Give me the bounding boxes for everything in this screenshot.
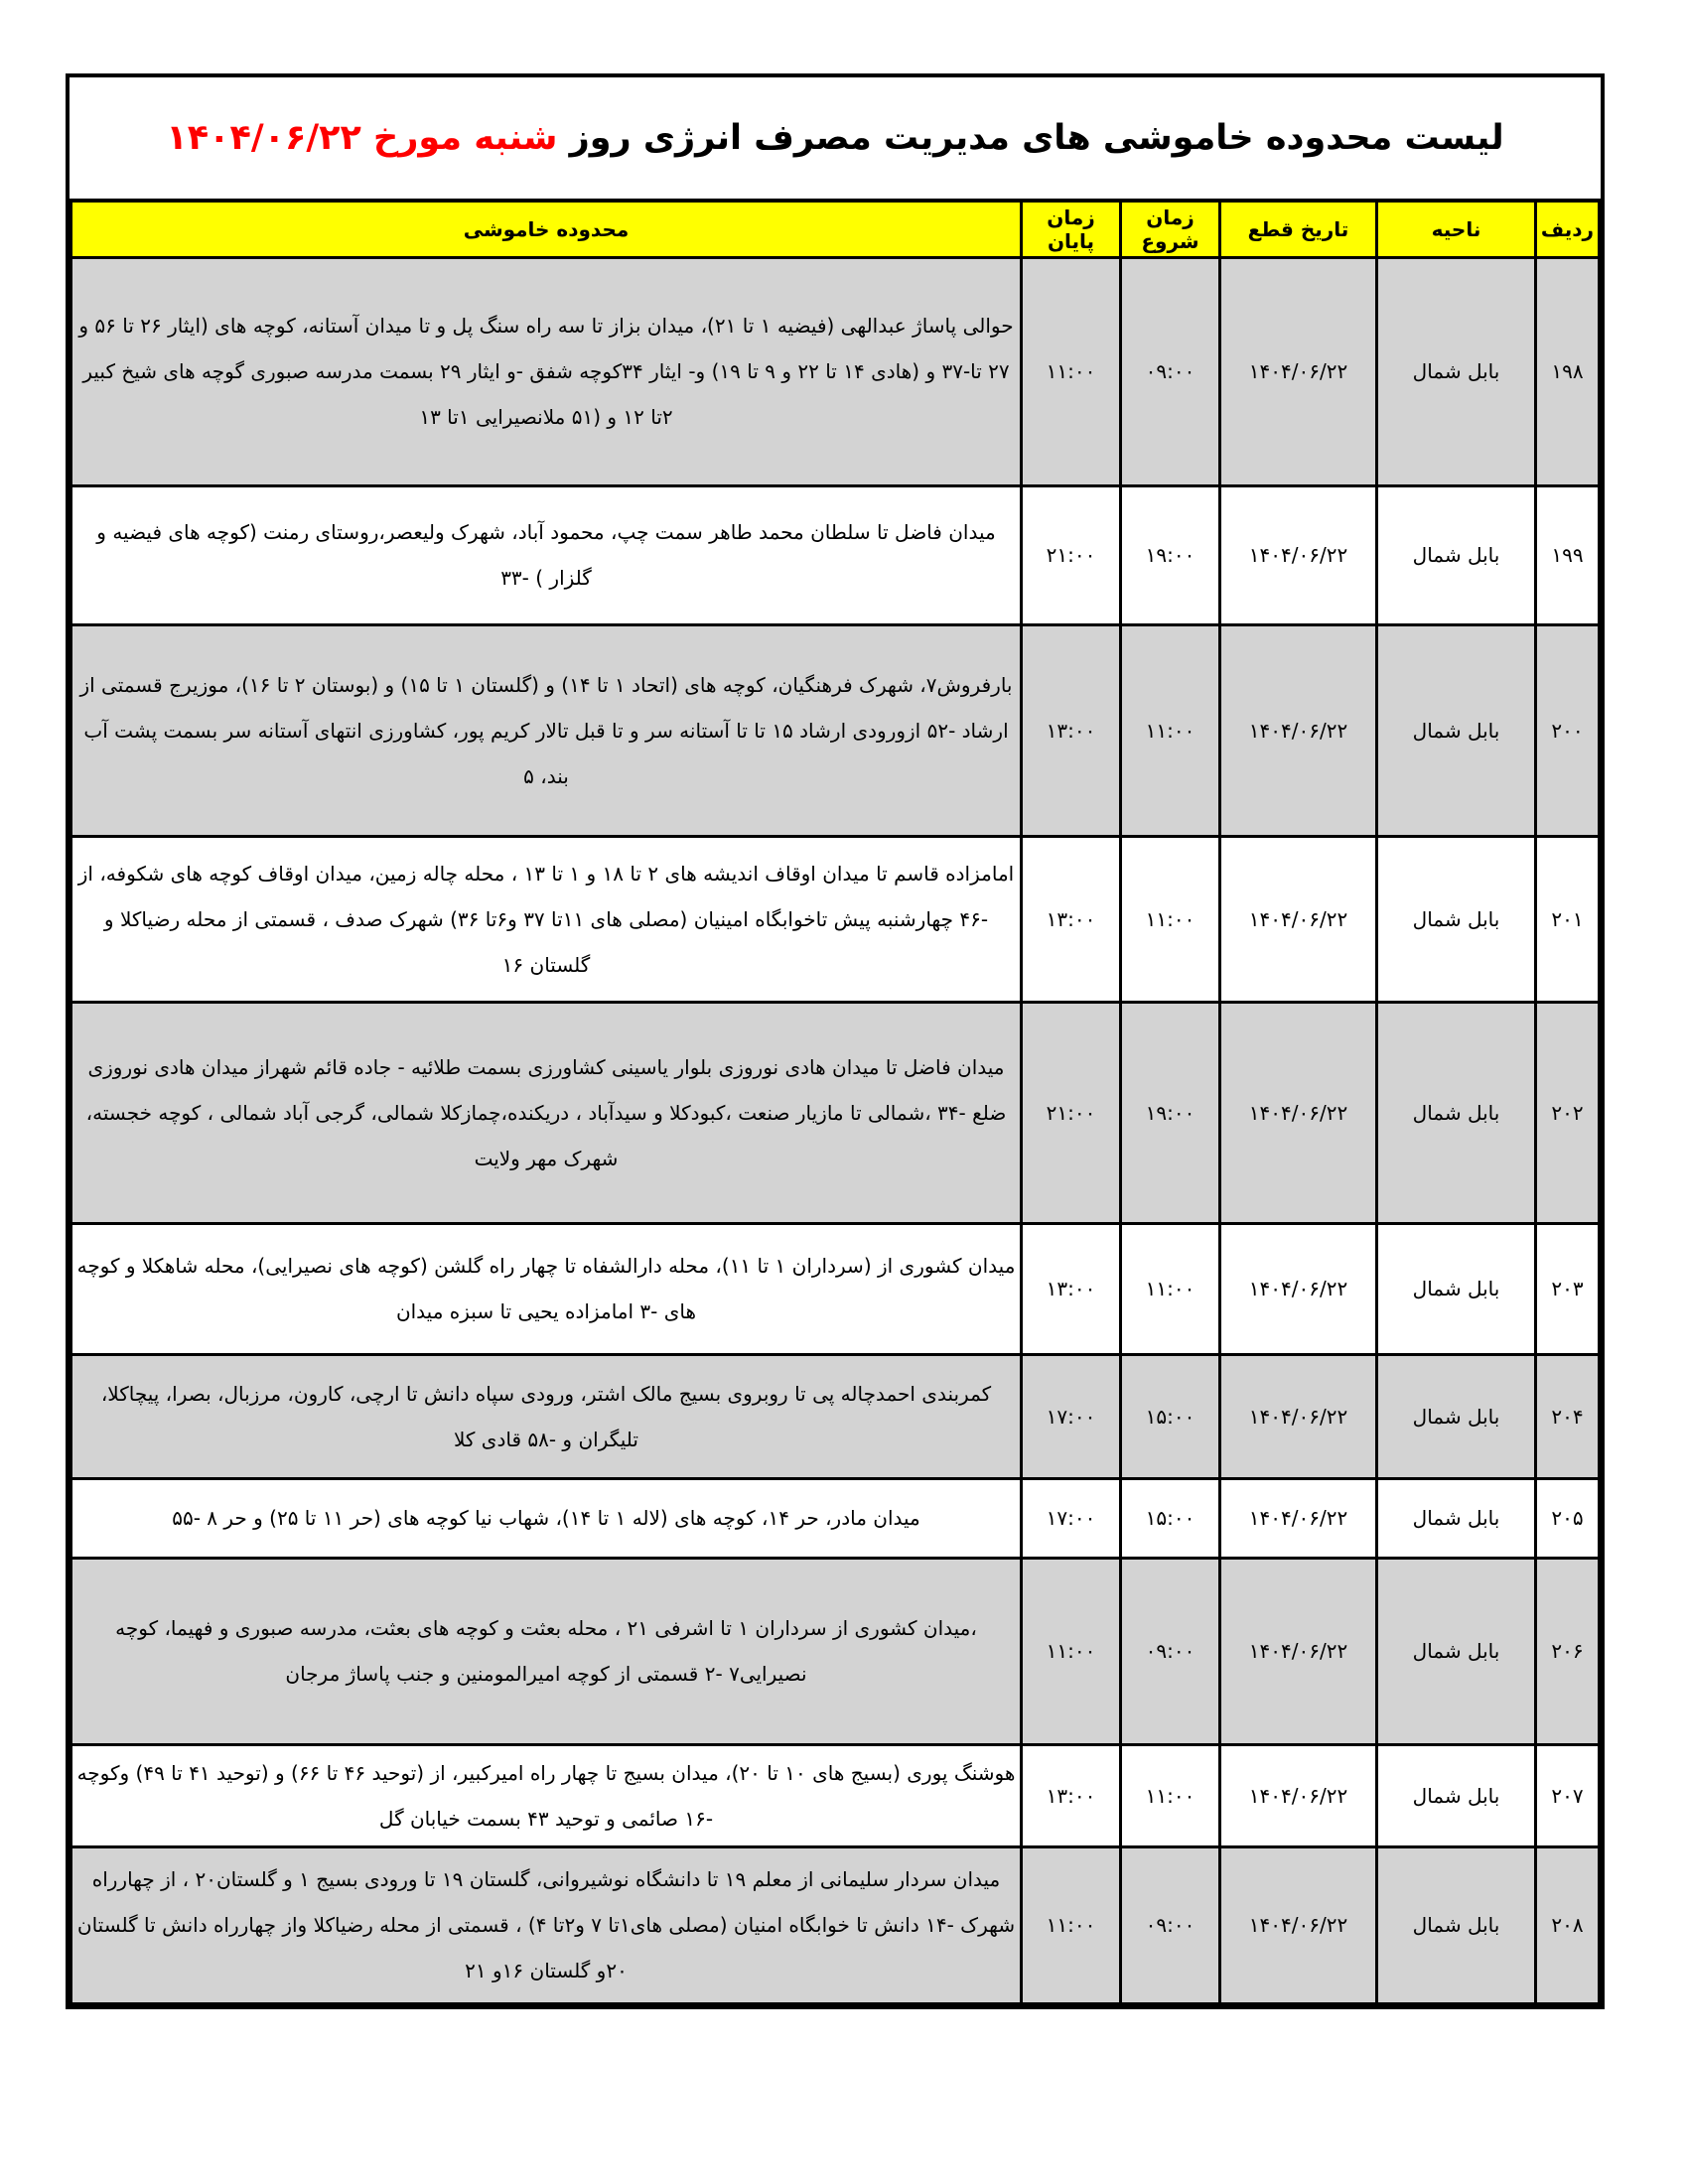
cell-start-time: ۱۱:۰۰ [1121,1223,1220,1354]
cell-radif: ۱۹۸ [1536,257,1600,485]
header-tarikh: تاریخ قطع [1220,201,1377,257]
outage-table-body: ۱۹۸بابل شمال۱۴۰۴/۰۶/۲۲۰۹:۰۰۱۱:۰۰حوالی پا… [71,257,1600,2003]
header-area: محدوده خاموشی [71,201,1022,257]
cell-tarikh: ۱۴۰۴/۰۶/۲۲ [1220,1846,1377,2003]
header-nahiyeh: ناحیه [1377,201,1536,257]
cell-start-time: ۱۱:۰۰ [1121,1744,1220,1846]
cell-radif: ۲۰۳ [1536,1223,1600,1354]
cell-end-time: ۱۳:۰۰ [1022,1744,1121,1846]
cell-outage-area: بارفروش۷، شهرک فرهنگیان، کوچه های (اتحاد… [71,624,1022,836]
cell-outage-area: هوشنگ پوری (بسیج های ۱۰ تا ۲۰)، میدان بس… [71,1744,1022,1846]
cell-tarikh: ۱۴۰۴/۰۶/۲۲ [1220,1223,1377,1354]
cell-nahiyeh: بابل شمال [1377,1744,1536,1846]
table-row: ۲۰۷بابل شمال۱۴۰۴/۰۶/۲۲۱۱:۰۰۱۳:۰۰هوشنگ پو… [71,1744,1600,1846]
cell-end-time: ۱۷:۰۰ [1022,1354,1121,1478]
cell-outage-area: ،میدان کشوری از سرداران ۱ تا اشرفی ۲۱ ، … [71,1558,1022,1744]
table-row: ۲۰۰بابل شمال۱۴۰۴/۰۶/۲۲۱۱:۰۰۱۳:۰۰بارفروش۷… [71,624,1600,836]
table-row: ۲۰۶بابل شمال۱۴۰۴/۰۶/۲۲۰۹:۰۰۱۱:۰۰،میدان ک… [71,1558,1600,1744]
cell-nahiyeh: بابل شمال [1377,624,1536,836]
cell-radif: ۲۰۱ [1536,836,1600,1002]
cell-tarikh: ۱۴۰۴/۰۶/۲۲ [1220,1478,1377,1558]
title-text-black: لیست محدوده خاموشی های مدیریت مصرف انرژی… [570,118,1504,158]
cell-tarikh: ۱۴۰۴/۰۶/۲۲ [1220,1744,1377,1846]
cell-radif: ۲۰۷ [1536,1744,1600,1846]
cell-tarikh: ۱۴۰۴/۰۶/۲۲ [1220,624,1377,836]
table-row: ۲۰۸بابل شمال۱۴۰۴/۰۶/۲۲۰۹:۰۰۱۱:۰۰میدان سر… [71,1846,1600,2003]
cell-radif: ۲۰۸ [1536,1846,1600,2003]
cell-radif: ۲۰۵ [1536,1478,1600,1558]
cell-radif: ۲۰۶ [1536,1558,1600,1744]
cell-nahiyeh: بابل شمال [1377,1846,1536,2003]
cell-start-time: ۱۹:۰۰ [1121,485,1220,624]
cell-end-time: ۲۱:۰۰ [1022,485,1121,624]
document-page: لیست محدوده خاموشی های مدیریت مصرف انرژی… [0,0,1688,2184]
cell-outage-area: حوالی پاساژ عبدالهی (فیضیه ۱ تا ۲۱)، مید… [71,257,1022,485]
title-box: لیست محدوده خاموشی های مدیریت مصرف انرژی… [70,77,1601,199]
table-row: ۱۹۸بابل شمال۱۴۰۴/۰۶/۲۲۰۹:۰۰۱۱:۰۰حوالی پا… [71,257,1600,485]
cell-nahiyeh: بابل شمال [1377,1223,1536,1354]
cell-radif: ۲۰۴ [1536,1354,1600,1478]
cell-radif: ۱۹۹ [1536,485,1600,624]
cell-tarikh: ۱۴۰۴/۰۶/۲۲ [1220,1002,1377,1223]
cell-tarikh: ۱۴۰۴/۰۶/۲۲ [1220,1354,1377,1478]
cell-nahiyeh: بابل شمال [1377,1002,1536,1223]
header-radif: ردیف [1536,201,1600,257]
table-row: ۲۰۲بابل شمال۱۴۰۴/۰۶/۲۲۱۹:۰۰۲۱:۰۰میدان فا… [71,1002,1600,1223]
cell-start-time: ۱۱:۰۰ [1121,836,1220,1002]
outage-table: ردیف ناحیه تاریخ قطع زمان شروع زمان پایا… [70,199,1601,2005]
cell-start-time: ۱۱:۰۰ [1121,624,1220,836]
cell-radif: ۲۰۲ [1536,1002,1600,1223]
title-date-red: شنبه مورخ ۱۴۰۴/۰۶/۲۲ [166,118,557,158]
cell-end-time: ۱۱:۰۰ [1022,1846,1121,2003]
cell-radif: ۲۰۰ [1536,624,1600,836]
cell-nahiyeh: بابل شمال [1377,1354,1536,1478]
table-row: ۲۰۴بابل شمال۱۴۰۴/۰۶/۲۲۱۵:۰۰۱۷:۰۰کمربندی … [71,1354,1600,1478]
cell-end-time: ۱۷:۰۰ [1022,1478,1121,1558]
cell-nahiyeh: بابل شمال [1377,1558,1536,1744]
header-row: ردیف ناحیه تاریخ قطع زمان شروع زمان پایا… [71,201,1600,257]
outage-table-header: ردیف ناحیه تاریخ قطع زمان شروع زمان پایا… [71,201,1600,257]
cell-end-time: ۱۱:۰۰ [1022,257,1121,485]
cell-start-time: ۱۵:۰۰ [1121,1478,1220,1558]
cell-outage-area: امامزاده قاسم تا میدان اوقاف اندیشه های … [71,836,1022,1002]
cell-tarikh: ۱۴۰۴/۰۶/۲۲ [1220,1558,1377,1744]
cell-end-time: ۲۱:۰۰ [1022,1002,1121,1223]
cell-outage-area: میدان فاضل تا سلطان محمد طاهر سمت چپ، مح… [71,485,1022,624]
cell-nahiyeh: بابل شمال [1377,1478,1536,1558]
table-row: ۲۰۳بابل شمال۱۴۰۴/۰۶/۲۲۱۱:۰۰۱۳:۰۰میدان کش… [71,1223,1600,1354]
cell-start-time: ۱۵:۰۰ [1121,1354,1220,1478]
cell-outage-area: میدان مادر، حر ۱۴، کوچه های (لاله ۱ تا ۱… [71,1478,1022,1558]
cell-outage-area: میدان فاضل تا میدان هادی نوروزی بلوار یا… [71,1002,1022,1223]
cell-end-time: ۱۳:۰۰ [1022,624,1121,836]
cell-start-time: ۰۹:۰۰ [1121,1558,1220,1744]
cell-outage-area: میدان سردار سلیمانی از معلم ۱۹ تا دانشگا… [71,1846,1022,2003]
cell-end-time: ۱۱:۰۰ [1022,1558,1121,1744]
outage-sheet: لیست محدوده خاموشی های مدیریت مصرف انرژی… [66,73,1605,2009]
cell-outage-area: کمربندی احمدچاله پی تا روبروی بسیج مالک … [71,1354,1022,1478]
cell-start-time: ۰۹:۰۰ [1121,257,1220,485]
cell-outage-area: میدان کشوری از (سرداران ۱ تا ۱۱)، محله د… [71,1223,1022,1354]
cell-tarikh: ۱۴۰۴/۰۶/۲۲ [1220,257,1377,485]
table-row: ۱۹۹بابل شمال۱۴۰۴/۰۶/۲۲۱۹:۰۰۲۱:۰۰میدان فا… [71,485,1600,624]
cell-nahiyeh: بابل شمال [1377,257,1536,485]
cell-end-time: ۱۳:۰۰ [1022,1223,1121,1354]
table-row: ۲۰۵بابل شمال۱۴۰۴/۰۶/۲۲۱۵:۰۰۱۷:۰۰میدان ما… [71,1478,1600,1558]
cell-nahiyeh: بابل شمال [1377,836,1536,1002]
table-row: ۲۰۱بابل شمال۱۴۰۴/۰۶/۲۲۱۱:۰۰۱۳:۰۰امامزاده… [71,836,1600,1002]
cell-start-time: ۰۹:۰۰ [1121,1846,1220,2003]
header-end: زمان پایان [1022,201,1121,257]
cell-nahiyeh: بابل شمال [1377,485,1536,624]
cell-end-time: ۱۳:۰۰ [1022,836,1121,1002]
cell-tarikh: ۱۴۰۴/۰۶/۲۲ [1220,485,1377,624]
header-start: زمان شروع [1121,201,1220,257]
document-title: لیست محدوده خاموشی های مدیریت مصرف انرژی… [166,118,1503,158]
cell-start-time: ۱۹:۰۰ [1121,1002,1220,1223]
cell-tarikh: ۱۴۰۴/۰۶/۲۲ [1220,836,1377,1002]
